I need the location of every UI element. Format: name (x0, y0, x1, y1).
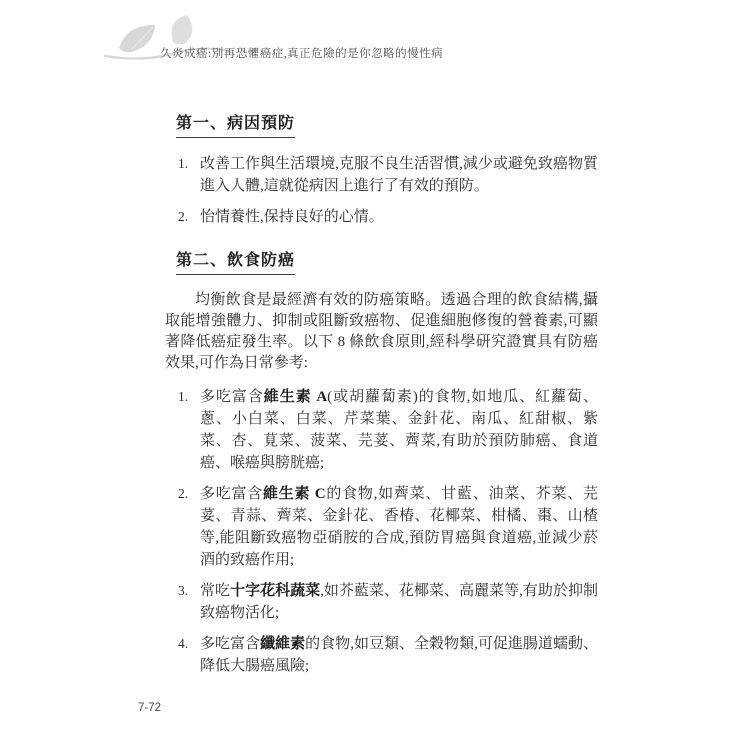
list-item: 1. 多吃富含維生素 A(或胡蘿蔔素)的食物,如地瓜、紅蘿蔔、蔥、小白菜、白菜、… (165, 386, 598, 474)
list-item: 2. 怡情養性,保持良好的心情。 (165, 206, 598, 228)
emphasis-fiber: 纖維素 (260, 636, 305, 652)
list-item: 3. 常吃十字花科蔬菜,如芥藍菜、花椰菜、高麗菜等,有助於抑制致癌物活化; (165, 580, 598, 624)
list-item-number: 2. (178, 206, 188, 228)
emphasis-cruciferous: 十字花科蔬菜 (230, 583, 320, 599)
list-item-number: 2. (178, 483, 188, 505)
section-heading-text: 第一、病因預防 (176, 110, 295, 138)
list-item-text: 怡情養性,保持良好的心情。 (200, 209, 384, 225)
book-page: 久炎成癌:別再恐懼癌症,真正危險的是你忽略的慢性病 第一、病因預防 1. 改善工… (0, 0, 750, 750)
page-number: 7-72 (138, 702, 161, 714)
list-item-number: 1. (178, 153, 188, 175)
section-heading-text: 第二、飲食防癌 (176, 247, 295, 275)
list-item: 1. 改善工作與生活環境,克服不良生活習慣,減少或避免致癌物質進入人體,這就從病… (165, 153, 598, 197)
list-item-number: 3. (178, 580, 188, 602)
emphasis-vitamin-a: 維生素 A (264, 389, 327, 405)
cause-prevention-list: 1. 改善工作與生活環境,克服不良生活習慣,減少或避免致癌物質進入人體,這就從病… (165, 153, 598, 228)
list-item-text: 多吃富含維生素 A(或胡蘿蔔素)的食物,如地瓜、紅蘿蔔、蔥、小白菜、白菜、芹菜葉… (200, 389, 598, 471)
section-heading-diet-prevention: 第二、飲食防癌 (176, 247, 598, 275)
section-heading-cause-prevention: 第一、病因預防 (176, 110, 598, 138)
list-item-text: 常吃十字花科蔬菜,如芥藍菜、花椰菜、高麗菜等,有助於抑制致癌物活化; (200, 583, 598, 621)
running-title: 久炎成癌:別再恐懼癌症,真正危險的是你忽略的慢性病 (160, 45, 443, 61)
diet-intro-paragraph: 均衡飲食是最經濟有效的防癌策略。透過合理的飲食結構,攝取能增強體力、抑制或阻斷致… (165, 290, 598, 374)
list-item-number: 1. (178, 386, 188, 408)
list-item-text: 多吃富含維生素 C的食物,如薺菜、甘藍、油菜、芥菜、芫荽、青蒜、薺菜、金針花、香… (200, 486, 598, 568)
list-item-text: 改善工作與生活環境,克服不良生活習慣,減少或避免致癌物質進入人體,這就從病因上進… (200, 156, 598, 194)
list-item: 4. 多吃富含纖維素的食物,如豆類、全穀物類,可促進腸道蠕動、降低大腸癌風險; (165, 633, 598, 677)
list-item-number: 4. (178, 633, 188, 655)
diet-principles-list: 1. 多吃富含維生素 A(或胡蘿蔔素)的食物,如地瓜、紅蘿蔔、蔥、小白菜、白菜、… (165, 386, 598, 677)
list-item: 2. 多吃富含維生素 C的食物,如薺菜、甘藍、油菜、芥菜、芫荽、青蒜、薺菜、金針… (165, 483, 598, 571)
emphasis-vitamin-c: 維生素 C (263, 486, 326, 502)
list-item-text: 多吃富含纖維素的食物,如豆類、全穀物類,可促進腸道蠕動、降低大腸癌風險; (200, 636, 598, 674)
page-content: 第一、病因預防 1. 改善工作與生活環境,克服不良生活習慣,減少或避免致癌物質進… (165, 110, 598, 686)
